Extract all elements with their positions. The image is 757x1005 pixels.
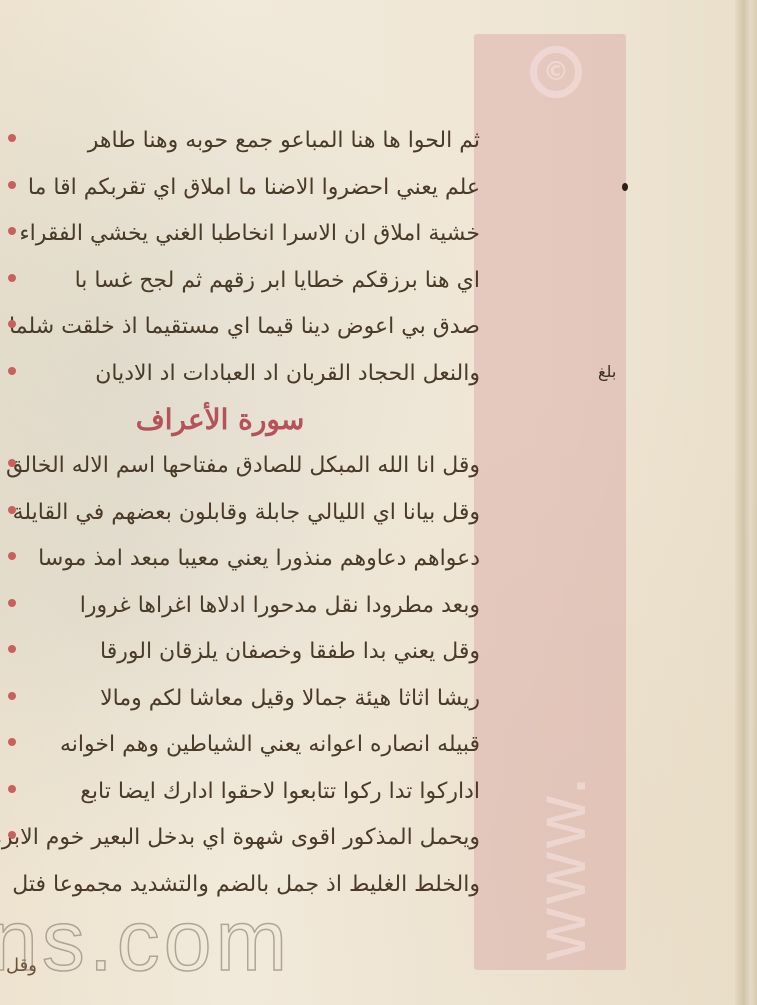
page-binding-edge: [735, 0, 757, 1005]
text-line: والنعل الحجاد القربان اد العبادات اد الا…: [20, 351, 480, 398]
vertical-watermark-text: www.: [520, 772, 602, 960]
text-line: ثم الحوا ها هنا المباعو جمع حوبه وهنا طا…: [20, 118, 480, 165]
text-line: قبيله انصاره اعوانه يعني الشياطين وهم اخ…: [20, 722, 480, 769]
text-line: وقل انا الله المبكل للصادق مفتاحها اسم ا…: [20, 443, 480, 490]
text-line: صدق بي اعوض دينا قيما اي مستقيما اذ خلقت…: [20, 304, 480, 351]
verse-marker: [8, 738, 16, 746]
text-line: خشية املاق ان الاسرا انخاطبا الغني يخشي …: [20, 211, 480, 258]
text-line: اي هنا برزقكم خطايا ابر زقهم ثم لجح غسا …: [20, 258, 480, 305]
manuscript-text-block: ثم الحوا ها هنا المباعو جمع حوبه وهنا طا…: [20, 118, 480, 908]
verse-marker: [8, 367, 16, 375]
text-line: دعواهم دعاوهم منذورا يعني معيبا مبعد امذ…: [20, 536, 480, 583]
verse-marker: [8, 459, 16, 467]
text-line: علم يعني احضروا الاضنا ما املاق اي تقربك…: [20, 165, 480, 212]
verse-marker: [8, 274, 16, 282]
verse-marker: [8, 134, 16, 142]
verse-marker: [8, 227, 16, 235]
text-line: ريشا اثاثا هيئة جمالا وقيل معاشا لكم وما…: [20, 676, 480, 723]
text-line: وقل بيانا اي الليالي جابلة وقابلون بعضهم…: [20, 490, 480, 537]
verse-marker: [8, 506, 16, 514]
text-line: ويحمل المذكور اقوى شهوة اي بدخل البعير خ…: [20, 815, 480, 862]
verse-marker: [8, 831, 16, 839]
text-line: وقل يعني بدا طفقا وخصفان يلزقان الورقا: [20, 629, 480, 676]
text-line: اداركوا تدا ركوا تتابعوا لاحقوا ادارك اي…: [20, 769, 480, 816]
verse-marker: [8, 692, 16, 700]
copyright-watermark-icon: ©: [530, 46, 582, 98]
surah-heading: سورة الأعراف: [20, 397, 480, 443]
horizontal-watermark-text: ns.com: [0, 892, 291, 991]
verse-marker: [8, 785, 16, 793]
margin-dot: [622, 183, 628, 191]
verse-marker: [8, 599, 16, 607]
verse-marker: [8, 552, 16, 560]
verse-marker: [8, 645, 16, 653]
margin-note: بلغ: [598, 362, 616, 381]
verse-marker: [8, 181, 16, 189]
verse-marker: [8, 320, 16, 328]
text-line: وبعد مطرودا نقل مدحورا ادلاها اغراها غرو…: [20, 583, 480, 630]
